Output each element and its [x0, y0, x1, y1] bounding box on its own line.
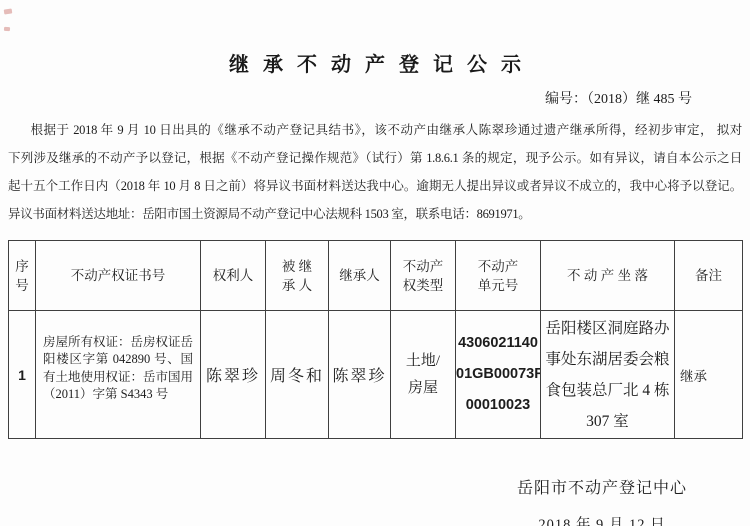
col-header-seq: 序 号 — [9, 241, 36, 311]
page-title: 继承不动产登记公示 — [0, 48, 750, 77]
notice-line: 下列涉及继承的不动产予以登记，根据《不动产登记操作规范》（试行）第 1.8.6.… — [8, 144, 742, 172]
signature-block: 岳阳市不动产登记中心 2018 年 9 月 12 日 — [462, 475, 742, 526]
scan-artifact-mark — [4, 8, 13, 14]
table-row: 1 房屋所有权证：岳房权证岳阳楼区字第 042890 号、国有土地使用权证：岳市… — [9, 311, 743, 439]
cell-right-holder: 陈翠珍 — [201, 311, 266, 439]
notice-line: 异议书面材料送达地址：岳阳市国土资源局不动产登记中心法规科 1503 室，联系电… — [8, 200, 742, 228]
cell-remark: 继承 — [675, 311, 743, 439]
document-page: { "colors": { "ink": "#1f1f1f", "table_b… — [0, 0, 750, 526]
cell-location: 岳阳楼区洞庭路办 事处东湖居委会粮 食包装总厂北 4 栋 307 室 — [541, 311, 675, 439]
col-header-remark: 备注 — [675, 241, 743, 311]
col-header-location: 不 动 产 坐 落 — [541, 241, 675, 311]
table-header-row: 序 号 不动产权证书号 权利人 被 继 承 人 继承人 不动产 权类型 不动产 … — [9, 241, 743, 311]
property-table: 序 号 不动产权证书号 权利人 被 继 承 人 继承人 不动产 权类型 不动产 … — [8, 240, 743, 439]
cell-unit-no: 4306021140 01GB00073F 00010023 — [456, 311, 541, 439]
issue-date: 2018 年 9 月 12 日 — [462, 513, 742, 526]
cell-heir: 陈翠珍 — [329, 311, 391, 439]
col-header-certificate: 不动产权证书号 — [36, 241, 201, 311]
doc-number: 编号：（2018）继 485 号 — [0, 88, 750, 108]
cell-property-type: 土地/ 房屋 — [391, 311, 456, 439]
cell-seq: 1 — [9, 311, 36, 439]
notice-line: 起十五个工作日内（2018 年 10 月 8 日之前）将异议书面材料送达我中心。… — [8, 172, 742, 200]
notice-line: 根据于 2018 年 9 月 10 日出具的《继承不动产登记具结书》，该不动产由… — [8, 116, 742, 144]
issuer-name: 岳阳市不动产登记中心 — [462, 475, 742, 498]
col-header-type: 不动产 权类型 — [391, 241, 456, 311]
cell-decedent: 周冬和 — [266, 311, 329, 439]
col-header-heir: 继承人 — [329, 241, 391, 311]
col-header-unit-no: 不动产 单元号 — [456, 241, 541, 311]
col-header-right-holder: 权利人 — [201, 241, 266, 311]
scan-artifact-mark — [4, 27, 10, 32]
col-header-decedent: 被 继 承 人 — [266, 241, 329, 311]
notice-body: 根据于 2018 年 9 月 10 日出具的《继承不动产登记具结书》，该不动产由… — [8, 116, 742, 228]
cell-certificate: 房屋所有权证：岳房权证岳阳楼区字第 042890 号、国有土地使用权证：岳市国用… — [36, 311, 201, 439]
